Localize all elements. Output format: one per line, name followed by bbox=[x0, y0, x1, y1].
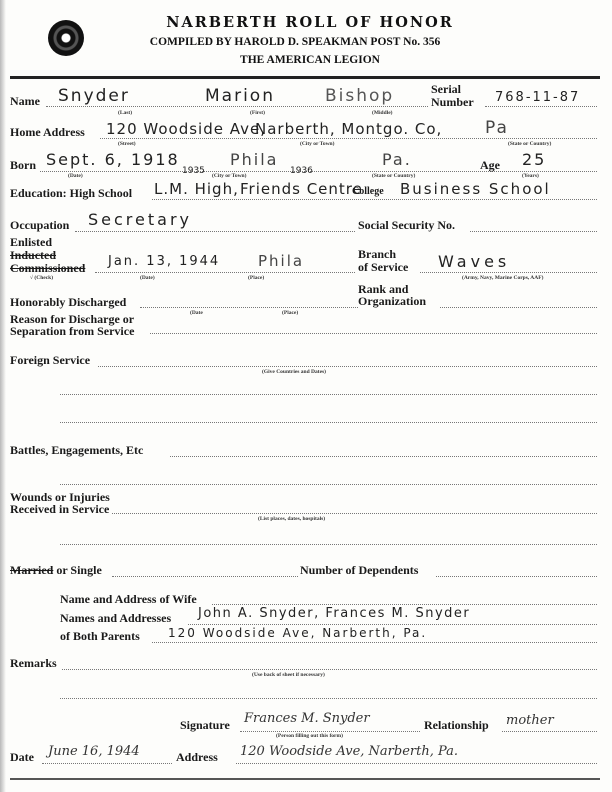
remarks-line-1[interactable] bbox=[62, 669, 597, 670]
hint-middle: (Middle) bbox=[372, 110, 392, 116]
education-label: Education: High School bbox=[10, 186, 132, 201]
serial-label: SerialNumber bbox=[431, 83, 474, 109]
enlistment-type-label: Enlisted Inducted Commissioned bbox=[10, 236, 85, 275]
last-name-value: Snyder bbox=[58, 86, 130, 106]
name-line[interactable] bbox=[46, 106, 428, 107]
footer-divider bbox=[10, 778, 600, 780]
city-value: Narberth, Montgo. Co, bbox=[255, 120, 442, 138]
branch-label: Branchof Service bbox=[358, 248, 408, 274]
hint-wounds: (List places, dates, hospitals) bbox=[258, 516, 325, 522]
birth-state-value: Pa. bbox=[382, 150, 412, 169]
hint-enlisted-place: (Place) bbox=[248, 275, 264, 281]
home-address-label: Home Address bbox=[10, 125, 85, 140]
hint-enlisted-date: (Date) bbox=[140, 275, 155, 281]
parents-names-value: John A. Snyder, Frances M. Snyder bbox=[198, 606, 470, 621]
date-label: Date bbox=[10, 750, 34, 765]
serial-number-value: 768-11-87 bbox=[495, 90, 580, 105]
wounds-line-2[interactable] bbox=[60, 544, 597, 545]
born-line[interactable] bbox=[40, 171, 597, 172]
address-line[interactable] bbox=[236, 763, 597, 764]
rank-label: Rank andOrganization bbox=[358, 283, 426, 307]
hint-street: (Street) bbox=[118, 141, 136, 147]
signature-value: Frances M. Snyder bbox=[244, 711, 370, 726]
parents-names-label: Names and Addresses bbox=[60, 611, 171, 626]
hint-foreign: (Give Countries and Dates) bbox=[262, 369, 326, 375]
occupation-line[interactable] bbox=[75, 231, 355, 232]
ssn-line[interactable] bbox=[470, 231, 597, 232]
enlisted-option: Enlisted bbox=[10, 235, 52, 249]
branch-value: Waves bbox=[438, 252, 510, 271]
hint-discharge-place: (Place) bbox=[282, 310, 298, 316]
first-name-value: Marion bbox=[205, 86, 275, 106]
foreign-service-label: Foreign Service bbox=[10, 353, 90, 368]
header-divider bbox=[10, 76, 600, 79]
wife-line[interactable] bbox=[212, 604, 597, 605]
hint-remarks: (Use back of sheet if necessary) bbox=[252, 672, 325, 678]
occupation-value: Secretary bbox=[88, 210, 192, 229]
married-option: Married bbox=[10, 563, 53, 577]
dependents-label: Number of Dependents bbox=[300, 563, 418, 578]
scan-edge-shadow bbox=[0, 0, 6, 792]
relationship-line[interactable] bbox=[502, 731, 597, 732]
high-school-year: 1935 bbox=[182, 166, 205, 176]
education-line[interactable] bbox=[152, 199, 597, 200]
hint-signature: (Person filling out this form) bbox=[276, 733, 343, 739]
enlisted-line[interactable] bbox=[95, 272, 355, 273]
hint-last: (Last) bbox=[118, 110, 132, 116]
hint-discharge-date: (Date bbox=[190, 310, 203, 316]
wounds-label: Wounds or InjuriesReceived in Service bbox=[10, 491, 110, 515]
signature-line[interactable] bbox=[240, 731, 420, 732]
parents-address-value: 120 Woodside Ave, Narberth, Pa. bbox=[168, 626, 427, 640]
home-address-line[interactable] bbox=[100, 138, 597, 139]
compiled-by: COMPILED BY HAROLD D. SPEAKMAN POST No. … bbox=[125, 36, 465, 48]
serial-line[interactable] bbox=[485, 106, 597, 107]
foreign-service-line-3[interactable] bbox=[60, 422, 597, 423]
hint-years: (Years) bbox=[522, 173, 539, 179]
relationship-label: Relationship bbox=[424, 718, 489, 733]
ssn-label: Social Security No. bbox=[358, 218, 455, 233]
enlisted-place-value: Phila bbox=[258, 252, 304, 270]
organization-name: THE AMERICAN LEGION bbox=[160, 54, 460, 66]
battles-label: Battles, Engagements, Etc bbox=[10, 443, 143, 458]
hint-branch: (Army, Navy, Marine Corps, AAF) bbox=[462, 275, 543, 281]
hint-birth-state: (State or Country) bbox=[372, 173, 415, 179]
inducted-option: Inducted bbox=[10, 248, 56, 262]
form-title: NARBERTH ROLL OF HONOR bbox=[160, 14, 460, 31]
middle-name-value: Bishop bbox=[325, 86, 394, 106]
parents-names-line[interactable] bbox=[188, 624, 597, 625]
marital-status-line[interactable] bbox=[112, 576, 298, 577]
marital-status-label: Married or Single bbox=[10, 563, 102, 578]
address-label: Address bbox=[176, 750, 218, 765]
college-name-value: Friends Centre bbox=[240, 180, 363, 198]
occupation-label: Occupation bbox=[10, 218, 69, 233]
discharge-reason-line[interactable] bbox=[150, 333, 597, 334]
battles-line-2[interactable] bbox=[60, 484, 597, 485]
hint-check: √ (Check) bbox=[30, 275, 53, 281]
single-option: or Single bbox=[53, 563, 101, 577]
parents-address-line[interactable] bbox=[152, 642, 597, 643]
remarks-label: Remarks bbox=[10, 656, 57, 671]
discharged-line[interactable] bbox=[140, 307, 358, 308]
wife-label: Name and Address of Wife bbox=[60, 592, 197, 607]
college-year: 1936 bbox=[290, 166, 313, 176]
college-school-value: Business School bbox=[400, 180, 551, 198]
age-label: Age bbox=[480, 158, 500, 173]
name-label: Name bbox=[10, 94, 40, 109]
foreign-service-line-1[interactable] bbox=[98, 366, 597, 367]
remarks-line-2[interactable] bbox=[60, 698, 597, 699]
hint-city: (City or Town) bbox=[300, 141, 334, 147]
wounds-line-1[interactable] bbox=[112, 513, 597, 514]
birth-city-value: Phila bbox=[230, 150, 278, 169]
age-value: 25 bbox=[522, 150, 546, 169]
discharged-label: Honorably Discharged bbox=[10, 295, 126, 310]
hint-birth-date: (Date) bbox=[68, 173, 83, 179]
signature-label: Signature bbox=[180, 718, 230, 733]
college-label: College bbox=[352, 186, 384, 197]
relationship-value: mother bbox=[506, 713, 554, 728]
discharge-reason-label: Reason for Discharge orSeparation from S… bbox=[10, 313, 134, 337]
birth-date-value: Sept. 6, 1918 bbox=[46, 150, 180, 169]
date-line[interactable] bbox=[42, 763, 172, 764]
state-value: Pa bbox=[485, 118, 509, 138]
date-value: June 16, 1944 bbox=[48, 744, 140, 759]
parents-address-label: of Both Parents bbox=[60, 629, 140, 644]
dependents-line[interactable] bbox=[436, 576, 597, 577]
hint-birth-city: (City or Town) bbox=[212, 173, 246, 179]
foreign-service-line-2[interactable] bbox=[60, 394, 597, 395]
commissioned-option: Commissioned bbox=[10, 261, 85, 275]
hint-first: (First) bbox=[250, 110, 265, 116]
address-value: 120 Woodside Ave, Narberth, Pa. bbox=[240, 744, 458, 759]
street-value: 120 Woodside Ave, bbox=[106, 120, 266, 138]
american-legion-emblem-icon bbox=[48, 20, 84, 56]
high-school-value: L.M. High, bbox=[154, 180, 239, 198]
branch-line[interactable] bbox=[420, 272, 597, 273]
hint-state: (State or Country) bbox=[508, 141, 551, 147]
rank-line[interactable] bbox=[440, 307, 597, 308]
enlisted-date-value: Jan. 13, 1944 bbox=[108, 254, 220, 269]
born-label: Born bbox=[10, 158, 36, 173]
battles-line-1[interactable] bbox=[170, 456, 597, 457]
